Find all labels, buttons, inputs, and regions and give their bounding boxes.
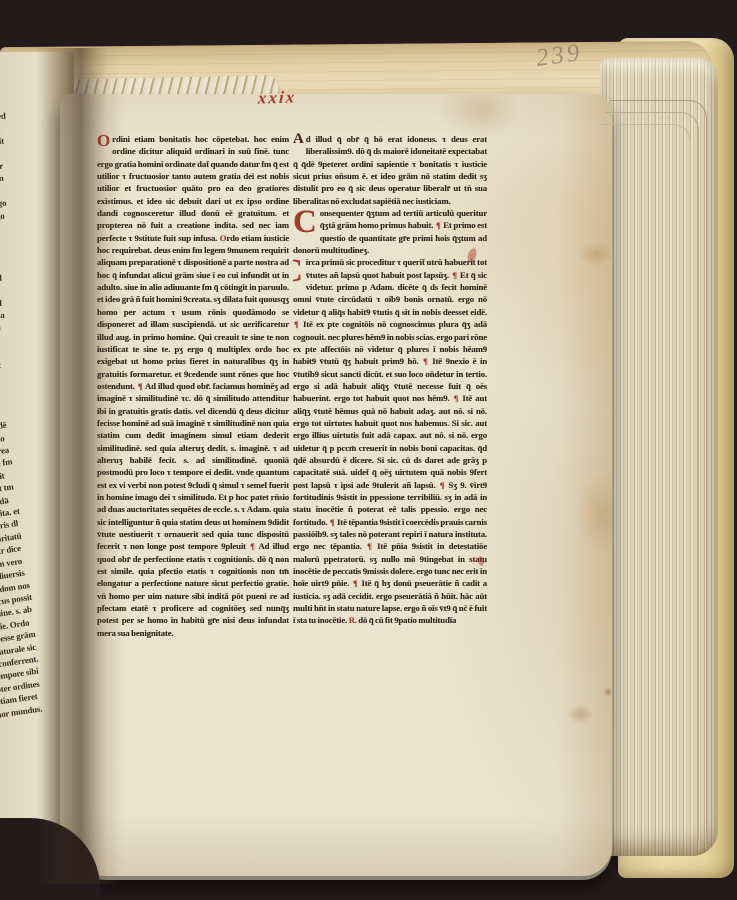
pilcrow-rubric: ¶ <box>422 356 429 366</box>
text-segment: n mere gratie el <box>0 297 2 308</box>
text-segment: ie fuerit collatū <box>0 322 1 333</box>
text-segment: Ad illud quod obr̄ de perfectione etatis… <box>97 541 289 637</box>
pilcrow-rubric: ¶ <box>435 220 442 230</box>
text-paragraph: Ordini etiam bonitatis hoc cōpetebat. ho… <box>97 133 289 639</box>
pilcrow-rubric: ¶ <box>329 517 336 527</box>
text-segment: R. <box>349 615 357 625</box>
text-segment: absqʒ mutuo con <box>0 173 4 185</box>
pilcrow-rubric: ¶ <box>293 319 300 329</box>
drop-cap-initial: O <box>97 133 112 148</box>
pilcrow-rubric: ¶ <box>249 541 256 551</box>
pilcrow-rubric: ¶ <box>366 541 373 551</box>
chapter-heading-rubric: xxix <box>257 87 297 108</box>
text-paragraph: Ad illud q̄ obr̄ q̄ hō erat idoneus. τ d… <box>293 133 487 207</box>
pilcrow-rubric: ¶ <box>451 270 458 280</box>
text-paragraph: Circa primū sic proceditur τ querit̄ utr… <box>293 256 487 626</box>
text-segment: non ab ipsa crea <box>0 310 5 322</box>
drop-cap-initial: C <box>293 207 320 235</box>
text-segment: rdo etiam iusticie hoc requirebat. deus … <box>97 233 289 391</box>
pilcrow-rubric: ¶ <box>352 578 359 588</box>
text-segment: dō q̄ cū fit 9patio multitudīa <box>357 615 456 625</box>
text-segment: ī τ antmā. sed lcr <box>0 161 3 173</box>
text-segment: ntire posset. ergo <box>0 210 5 222</box>
photo-stage: ʒ magis conueītra cum gratia. sedgloriam… <box>0 0 737 900</box>
text-segment: Ad illud quod obr̄. faciamus hominēʒ ad … <box>97 381 289 551</box>
text-segment: Itē aut aliq̄ʒ v̄tutē hēmus quā nō habui… <box>293 393 487 489</box>
fore-edge-pages <box>600 58 718 856</box>
text-paragraph: Consequenter q̄ʒtum ad tertiū articulū q… <box>293 207 487 256</box>
text-segment: m gratuiti quod <box>0 273 2 284</box>
text-column-right: Ad illud q̄ obr̄ q̄ hō erat idoneus. τ d… <box>293 133 487 727</box>
text-column-left: Ordini etiam bonitatis hoc cōpetebat. ho… <box>97 133 289 721</box>
text-segment: n natura precedīt <box>0 136 4 148</box>
text-segment: t. q̄ bono fuerit <box>0 359 1 370</box>
text-segment: d illud q̄ obr̄ q̄ hō erat idoneus. τ de… <box>293 134 487 206</box>
drop-cap-initial: A <box>293 133 306 146</box>
drop-cap-initial: C <box>293 256 306 284</box>
text-segment: ra cum gratia. sed <box>0 111 6 123</box>
text-segment: consensus. si ergo <box>0 198 6 210</box>
recto-page: Ordini etiam bonitatis hoc cōpetebat. ho… <box>60 94 612 876</box>
text-segment: rdini etiam bonitatis hoc cōpetebat. hoc… <box>97 134 289 243</box>
